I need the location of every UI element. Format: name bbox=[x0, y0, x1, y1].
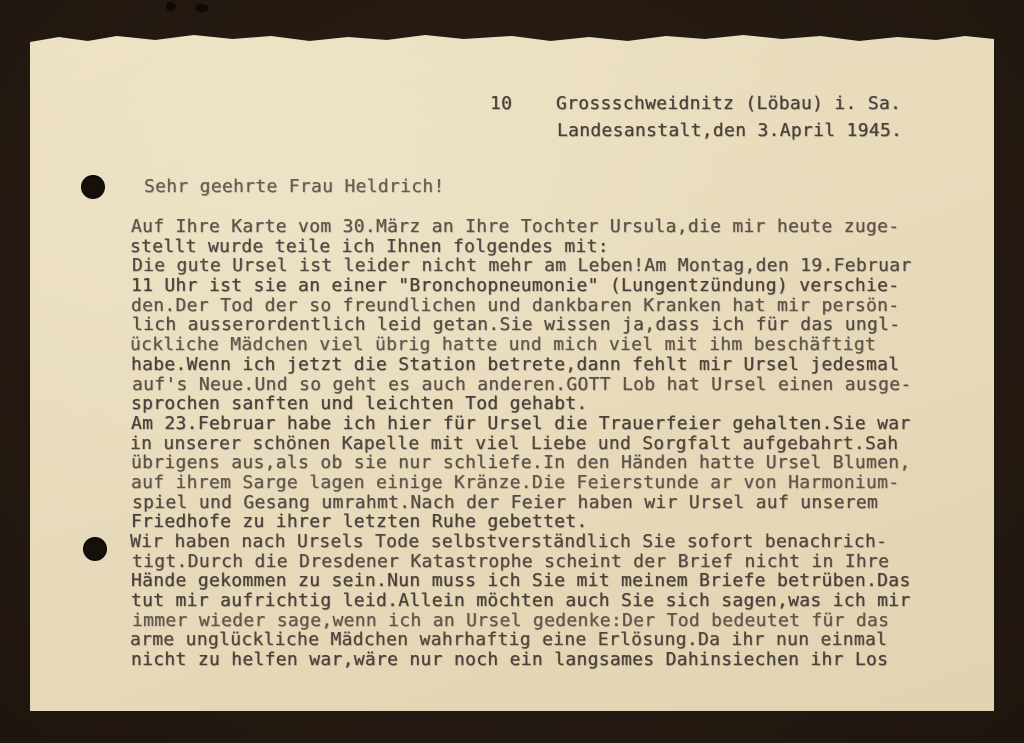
page-number: 10 bbox=[490, 93, 512, 114]
body-line: Die gute Ursel ist leider nicht mehr am … bbox=[132, 256, 952, 276]
letter-page: 10 Grossschweidnitz (Löbau) i. Sa. Lande… bbox=[30, 33, 994, 711]
body-line: Auf Ihre Karte vom 30.März an Ihre Tocht… bbox=[131, 217, 951, 237]
body-line: übrigens aus,als ob sie nur schliefe.In … bbox=[131, 453, 951, 473]
punch-hole-bottom bbox=[83, 537, 107, 561]
body-line: in unserer schönen Kapelle mit viel Lieb… bbox=[130, 434, 950, 454]
body-line: nicht zu helfen war,wäre nur noch ein la… bbox=[131, 650, 951, 670]
body-line: arme unglückliche Mädchen wahrhaftig ein… bbox=[130, 630, 950, 650]
body-line: sprochen sanften und leichten Tod gehabt… bbox=[131, 394, 951, 414]
body-line: ückliche Mädchen viel übrig hatte und mi… bbox=[130, 335, 950, 355]
body-line: 11 Uhr ist sie an einer "Bronchopneumoni… bbox=[131, 276, 951, 296]
body-line: stellt wurde teile ich Ihnen folgendes m… bbox=[130, 237, 950, 257]
scan-speck bbox=[166, 2, 176, 11]
body-line: immer wieder sage,wenn ich an Ursel gede… bbox=[132, 611, 952, 631]
scan-background: 10 Grossschweidnitz (Löbau) i. Sa. Lande… bbox=[0, 0, 1024, 743]
punch-hole-top bbox=[81, 175, 105, 199]
letter-body: Auf Ihre Karte vom 30.März an Ihre Tocht… bbox=[131, 217, 951, 670]
scan-speck bbox=[195, 4, 209, 12]
letterhead-location: Grossschweidnitz (Löbau) i. Sa. bbox=[556, 93, 901, 114]
body-line: habe.Wenn ich jetzt die Station betrete,… bbox=[131, 355, 951, 375]
body-line: Friedhofe zu ihrer letzten Ruhe gebettet… bbox=[131, 512, 951, 532]
body-line: tigt.Durch die Dresdener Katastrophe sch… bbox=[132, 552, 952, 572]
body-line: auf ihrem Sarge lagen einige Kränze.Die … bbox=[131, 473, 951, 493]
body-line: spiel und Gesang umrahmt.Nach der Feier … bbox=[132, 493, 952, 513]
body-line: Hände gekommen zu sein.Nun muss ich Sie … bbox=[131, 571, 951, 591]
letterhead-date: Landesanstalt,den 3.April 1945. bbox=[557, 120, 902, 141]
body-line: lich ausserordentlich leid getan.Sie wis… bbox=[132, 315, 952, 335]
body-line: Wir haben nach Ursels Tode selbstverstän… bbox=[130, 532, 950, 552]
body-line: den.Der Tod der so freundlichen und dank… bbox=[131, 296, 951, 316]
body-line: tut mir aufrichtig leid.Allein möchten a… bbox=[131, 591, 951, 611]
body-line: Am 23.Februar habe ich hier für Ursel di… bbox=[131, 414, 951, 434]
body-line: auf's Neue.Und so geht es auch anderen.G… bbox=[132, 375, 952, 395]
salutation: Sehr geehrte Frau Heldrich! bbox=[144, 176, 445, 197]
